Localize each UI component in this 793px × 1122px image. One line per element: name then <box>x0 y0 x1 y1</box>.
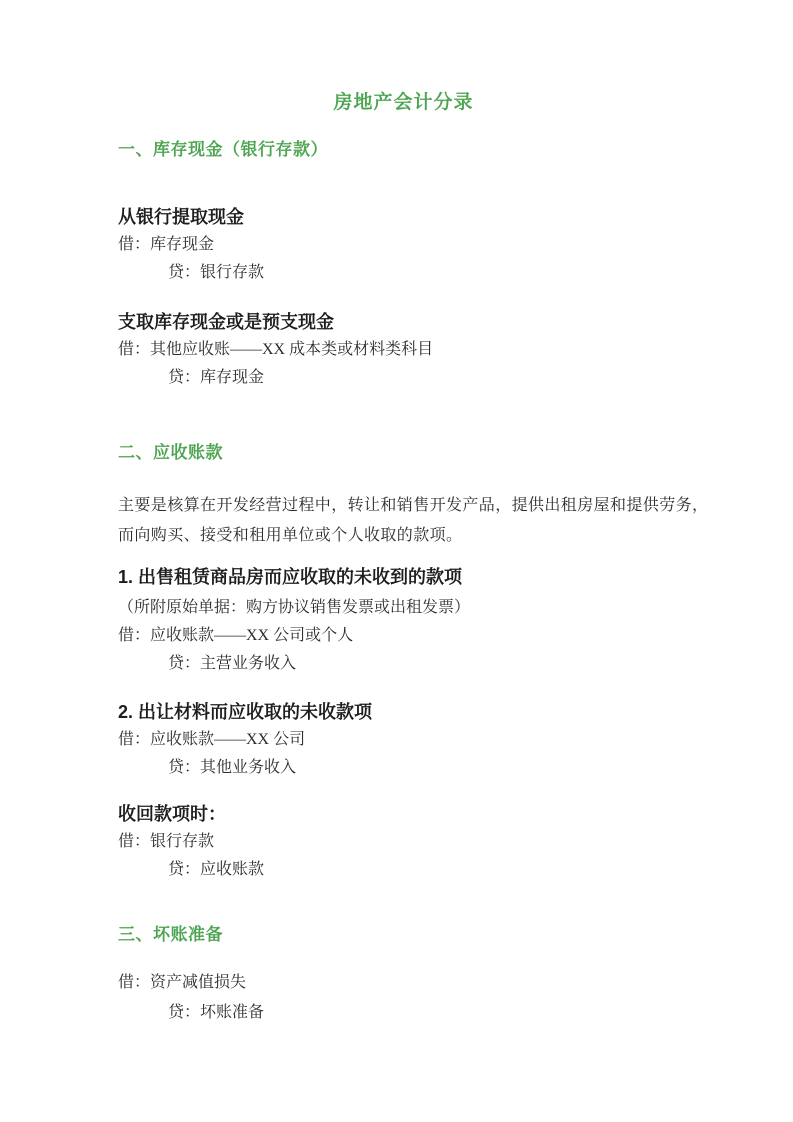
section-heading-3: 三、坏账准备 <box>118 921 715 949</box>
document-page: 房地产会计分录 一、库存现金（银行存款） 从银行提取现金 借：库存现金 贷：银行… <box>0 0 793 1122</box>
debit-line: 借：银行存款 <box>118 828 715 856</box>
intro-line-1: 主要是核算在开发经营过程中，转让和销售开发产品，提供出租房屋和提供劳务， <box>118 491 715 521</box>
entry-subheading-payment-received: 收回款项时： <box>118 800 715 828</box>
section-heading-2: 二、应收账款 <box>118 439 715 467</box>
credit-line: 贷：库存现金 <box>118 364 715 392</box>
section-2-intro: 主要是核算在开发经营过程中，转让和销售开发产品，提供出租房屋和提供劳务， 而向购… <box>118 491 715 551</box>
debit-line: 借：其他应收账——XX 成本类或材料类科目 <box>118 336 715 364</box>
original-voucher-note: （所附原始单据：购方协议销售发票或出租发票） <box>118 594 715 622</box>
intro-line-2: 而向购买、接受和租用单位或个人收取的款项。 <box>118 521 715 551</box>
credit-line: 贷：坏账准备 <box>118 999 715 1027</box>
credit-line: 贷：其他业务收入 <box>118 754 715 782</box>
debit-line: 借：库存现金 <box>118 231 715 259</box>
credit-line: 贷：应收账款 <box>118 856 715 884</box>
document-title: 房地产会计分录 <box>118 89 689 117</box>
section-heading-1: 一、库存现金（银行存款） <box>118 136 715 164</box>
entry-subheading-withdraw-cash: 从银行提取现金 <box>118 203 715 231</box>
debit-line: 借：资产减值损失 <box>118 969 715 997</box>
credit-line: 贷：银行存款 <box>118 259 715 287</box>
entry-subheading-sale-rental-housing: 1. 出售租赁商品房而应收取的未收到的款项 <box>118 563 715 591</box>
entry-subheading-draw-or-advance-cash: 支取库存现金或是预支现金 <box>118 308 715 336</box>
entry-subheading-transfer-materials: 2. 出让材料而应收取的未收款项 <box>118 698 715 726</box>
credit-line: 贷：主营业务收入 <box>118 650 715 678</box>
debit-line: 借：应收账款——XX 公司或个人 <box>118 622 715 650</box>
debit-line: 借：应收账款——XX 公司 <box>118 726 715 754</box>
